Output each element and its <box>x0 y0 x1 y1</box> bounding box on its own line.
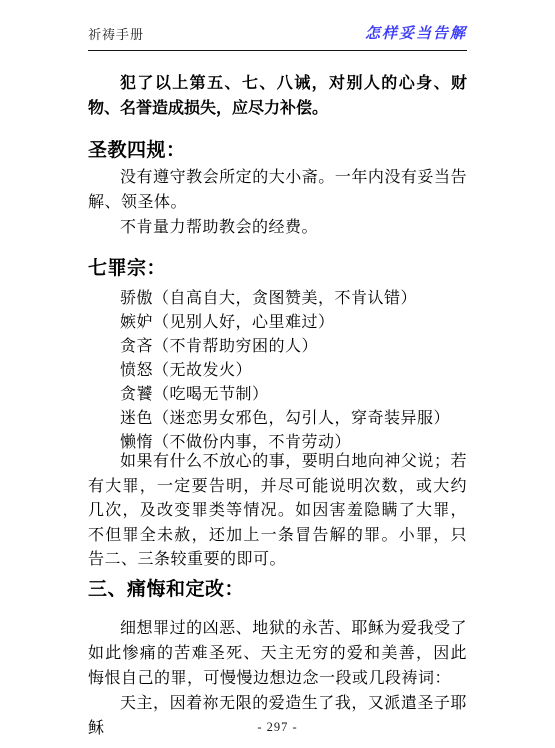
section-heading-seven-sins: 七罪宗： <box>88 257 467 281</box>
header-booklet-title: 祈祷手册 <box>88 24 144 43</box>
sin-item-envy: 嫉妒（见别人好，心里难过） <box>120 311 467 335</box>
seven-sins-list: 骄傲（自高自大，贪图赞美，不肯认错） 嫉妒（见别人好，心里难过） 贪吝（不肯帮助… <box>88 287 467 455</box>
sin-item-lust: 迷色（迷恋男女邪色，勾引人，穿奇装异服） <box>120 407 467 431</box>
sin-item-gluttony: 贪饕（吃喝无节制） <box>120 383 467 407</box>
four-rules-paragraph-1: 没有遵守教会所定的大小斋。一年内没有妥当告解、领圣体。 <box>88 165 467 215</box>
contrition-paragraph-1: 细想罪过的凶恶、地狱的永苦、耶稣为爱我受了如此惨痛的苦难圣死、天主无穷的爱和美善… <box>88 616 467 691</box>
page-number: - 297 - <box>0 720 555 735</box>
document-page: 祈祷手册 怎样妥当告解 犯了以上第五、七、八诫，对别人的心身、财物、名誉造成损失… <box>0 0 555 748</box>
section-heading-four-rules: 圣教四规： <box>88 139 467 163</box>
sin-item-greed: 贪吝（不肯帮助穷困的人） <box>120 335 467 359</box>
sin-item-pride: 骄傲（自高自大，贪图赞美，不肯认错） <box>120 287 467 311</box>
four-rules-paragraph-2: 不肯量力帮助教会的经费。 <box>88 215 467 240</box>
header-chapter-title: 怎样妥当告解 <box>365 22 467 43</box>
page-header: 祈祷手册 怎样妥当告解 <box>88 22 467 51</box>
sin-item-wrath: 愤怒（无故发火） <box>120 359 467 383</box>
confession-advice-paragraph: 如果有什么不放心的事，要明白地向神父说；若有大罪，一定要告明，并尽可能说明次数，… <box>88 450 467 573</box>
intro-paragraph: 犯了以上第五、七、八诫，对别人的心身、财物、名誉造成损失，应尽力补偿。 <box>88 71 467 121</box>
section-heading-contrition: 三、痛悔和定改： <box>88 578 467 602</box>
